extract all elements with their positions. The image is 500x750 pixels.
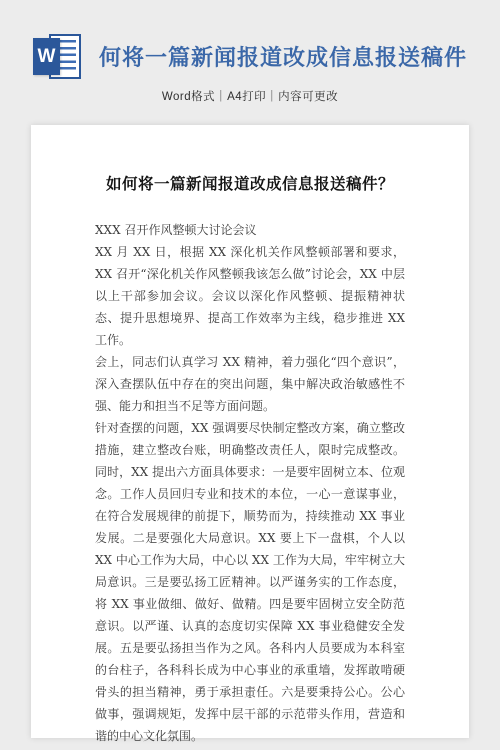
template-format-subtitle: Word格式｜A4打印｜内容可更改 <box>0 88 500 104</box>
document-body: XXX 召开作风整顿大讨论会议 XX 月 XX 日，根据 XX 深化机关作风整顿… <box>95 219 405 747</box>
page-number: 1 <box>31 691 469 701</box>
document-paragraph: XX 月 XX 日，根据 XX 深化机关作风整顿部署和要求，XX 召开“深化机关… <box>95 241 405 351</box>
word-icon: W <box>33 33 83 80</box>
document-page: 如何将一篇新闻报道改成信息报送稿件？ XXX 召开作风整顿大讨论会议 XX 月 … <box>31 125 469 738</box>
header-title-row: W 何将一篇新闻报道改成信息报送稿件 <box>0 0 500 80</box>
document-title: 如何将一篇新闻报道改成信息报送稿件？ <box>31 125 469 194</box>
document-subheading: XXX 召开作风整顿大讨论会议 <box>95 219 405 241</box>
document-paragraph: 会上，同志们认真学习 XX 精神，着力强化“四个意识”，深入查摆队伍中存在的突出… <box>95 351 405 417</box>
word-icon-letter: W <box>33 38 60 75</box>
template-preview-header: W 何将一篇新闻报道改成信息报送稿件 Word格式｜A4打印｜内容可更改 <box>0 0 500 125</box>
template-title: 何将一篇新闻报道改成信息报送稿件 <box>99 41 467 72</box>
